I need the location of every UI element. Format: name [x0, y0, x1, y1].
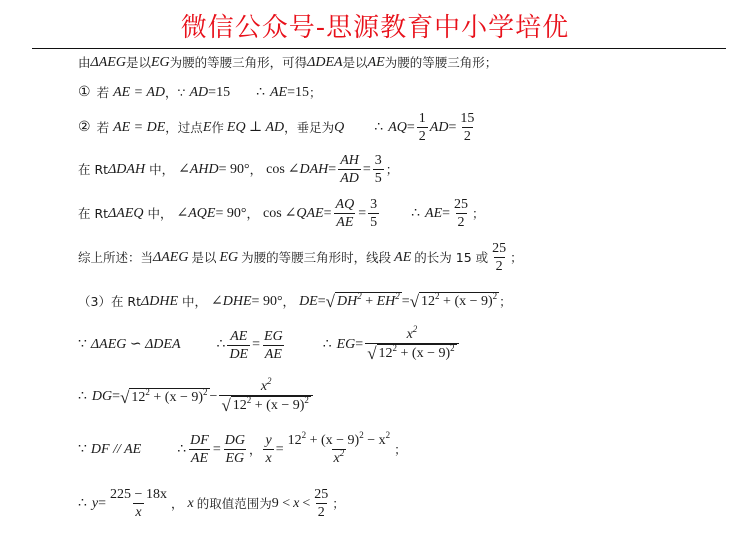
therefore-symbol: ∴ [217, 336, 226, 354]
text: ，∵ [165, 84, 185, 102]
line-4: 在 Rt ΔDAH 中， ∠AHD = 90° ， cos ∠DAH = AHA… [78, 152, 398, 187]
because-symbol: ∵ [78, 336, 87, 354]
text: 由 [78, 54, 91, 72]
equals: = [355, 336, 363, 354]
text: 为腰的等腰三角形，可得 [170, 54, 308, 72]
case-marker: ② [78, 119, 91, 137]
therefore-symbol: ∴ [411, 205, 420, 223]
math: AE [394, 249, 411, 267]
text: 作 [211, 119, 224, 137]
line-11: ∴ y = 225 − 18xx ， x 的取值范围为 9 < x < 252 … [78, 486, 345, 521]
math: ΔAEG [91, 54, 126, 72]
line-8: ∵ ΔAEG ∽ ΔDEA ∴ AEDE = EGAE ∴ EG = x2 √1… [78, 326, 461, 364]
equals: = [213, 441, 221, 459]
therefore-symbol: ∴ [78, 495, 87, 513]
value: =15 [287, 84, 309, 102]
line-2: ① 若 AE = AD ，∵ AD =15 ∴ AE =15 ； [78, 84, 322, 102]
equals: = [276, 441, 284, 459]
cos: cos [266, 161, 285, 179]
fraction: 252 [312, 486, 330, 521]
equals: = [358, 205, 366, 223]
equals: = [363, 161, 371, 179]
math: AE [368, 54, 385, 72]
equals: = [318, 293, 326, 311]
text: ； [394, 441, 407, 459]
fraction: 252 [490, 240, 508, 275]
text: 若 [97, 84, 110, 102]
therefore-symbol: ∴ [78, 388, 87, 406]
line-9: ∴ DG = √122 + (x − 9)2 − x2 √122 + (x − … [78, 378, 315, 416]
fraction: 152 [458, 110, 476, 145]
math: AQ [388, 119, 407, 137]
math: AE [425, 205, 442, 223]
math: ∠AHD [178, 161, 219, 179]
math: ∠DHE [211, 293, 252, 311]
text: 综上所述：当 [78, 249, 153, 267]
math: DG [92, 388, 112, 406]
header-divider [32, 48, 726, 49]
math: ∠QAE [285, 205, 324, 223]
math: ΔDAH [108, 161, 145, 179]
text: 中， [148, 205, 173, 223]
fraction: AHAD [338, 152, 361, 187]
math: EG [337, 336, 356, 354]
fraction: AEDE [227, 328, 250, 363]
text: 中， [182, 293, 207, 311]
text: ； [510, 249, 523, 267]
fraction: 225 − 18xx [108, 486, 169, 521]
text: 在 Rt [78, 205, 108, 223]
equals: = [112, 388, 120, 406]
square-root: √DH2 + EH2 [326, 292, 402, 311]
text: ， [283, 293, 296, 311]
fraction: DGEG [223, 432, 247, 467]
text: ， [246, 205, 259, 223]
equals: = [98, 495, 106, 513]
line-6: 综上所述：当 ΔAEG 是以 EG 为腰的等腰三角形时，线段 AE 的长为 15… [78, 240, 523, 275]
math: x [293, 495, 299, 513]
value: =15 [208, 84, 230, 102]
text: 在 Rt [78, 161, 108, 179]
fraction: 35 [373, 152, 384, 187]
text: ； [309, 84, 322, 102]
math: AD [430, 119, 449, 137]
text: 中， [149, 161, 174, 179]
value: = 90° [252, 293, 283, 311]
math: Q [334, 119, 344, 137]
part-marker: （3） [78, 293, 111, 311]
math: EQ ⊥ AD [227, 119, 284, 137]
math: AD [190, 84, 209, 102]
text: 的长为 15 或 [414, 249, 488, 267]
text: 是以 [126, 54, 151, 72]
text: 若 [97, 119, 110, 137]
text: 为腰的等腰三角形； [385, 54, 498, 72]
fraction: EGAE [262, 328, 285, 363]
equals: = [324, 205, 332, 223]
equals: = [328, 161, 336, 179]
line-5: 在 Rt ΔAEQ 中， ∠AQE = 90° ， cos ∠QAE = AQA… [78, 196, 485, 231]
minus: − [210, 388, 218, 406]
math: AE [270, 84, 287, 102]
math: ∠DAH [288, 161, 329, 179]
value: = 90° [219, 161, 250, 179]
value: = 90° [215, 205, 246, 223]
fraction: 252 [452, 196, 470, 231]
text: ； [472, 205, 485, 223]
header-title: 微信公众号-思源教育中小学培优 [0, 11, 750, 45]
therefore-symbol: ∴ [374, 119, 383, 137]
math: ΔAEG ∽ ΔDEA [91, 336, 181, 354]
math: ΔAEG [153, 249, 188, 267]
math: x [187, 495, 193, 513]
math: ΔDHE [141, 293, 178, 311]
therefore-symbol: ∴ [177, 441, 186, 459]
text: ； [499, 293, 512, 311]
because-symbol: ∵ [78, 441, 87, 459]
line-1: 由 ΔAEG 是以 EG 为腰的等腰三角形，可得 ΔDEA 是以 AE 为腰的等… [78, 54, 497, 72]
equals: = [448, 119, 456, 137]
equals: = [402, 293, 410, 311]
text: 的取值范围为 [197, 495, 272, 513]
math: E [203, 119, 212, 137]
line-7: （3） 在 Rt ΔDHE 中， ∠DHE = 90° ， DE = √DH2 … [78, 292, 512, 311]
case-marker: ① [78, 84, 91, 102]
math: ∠AQE [177, 205, 216, 223]
text: ， [249, 441, 262, 459]
equals: = [442, 205, 450, 223]
text: 是以 [191, 249, 216, 267]
therefore-symbol: ∴ [256, 84, 265, 102]
value: 9 < [272, 495, 290, 513]
cos: cos [263, 205, 282, 223]
equals: = [407, 119, 415, 137]
text: ，过点 [165, 119, 203, 137]
fraction: AQAE [334, 196, 357, 231]
math: AE = DE [113, 119, 165, 137]
fraction: 35 [368, 196, 379, 231]
value: < [302, 495, 310, 513]
math: DE [299, 293, 318, 311]
math: DF // AE [91, 441, 141, 459]
fraction: DFAE [188, 432, 211, 467]
math: ΔDEA [307, 54, 342, 72]
fraction: 12 [417, 110, 428, 145]
fraction: 122 + (x − 9)2 − x2 x2 [286, 432, 393, 467]
fraction: x2 √122 + (x − 9)2 [219, 378, 312, 416]
text: ， [171, 495, 184, 513]
fraction: yx [263, 432, 273, 467]
math: AE = AD [113, 84, 165, 102]
text: ； [386, 161, 399, 179]
text: 在 Rt [111, 293, 141, 311]
text: 为腰的等腰三角形时，线段 [241, 249, 391, 267]
therefore-symbol: ∴ [323, 336, 332, 354]
text: ； [332, 495, 345, 513]
line-10: ∵ DF // AE ∴ DFAE = DGEG ， yx = 122 + (x… [78, 432, 407, 467]
line-3: ② 若 AE = DE ，过点 E 作 EQ ⊥ AD ，垂足为 Q ∴ AQ … [78, 110, 478, 145]
math: ΔAEQ [108, 205, 143, 223]
text: ， [250, 161, 263, 179]
text: 是以 [343, 54, 368, 72]
square-root: √122 + (x − 9)2 [120, 388, 209, 407]
equals: = [252, 336, 260, 354]
square-root: √122 + (x − 9)2 [410, 292, 499, 311]
text: ，垂足为 [284, 119, 334, 137]
fraction: x2 √122 + (x − 9)2 [365, 326, 458, 364]
math: EG [151, 54, 170, 72]
math: EG [219, 249, 238, 267]
